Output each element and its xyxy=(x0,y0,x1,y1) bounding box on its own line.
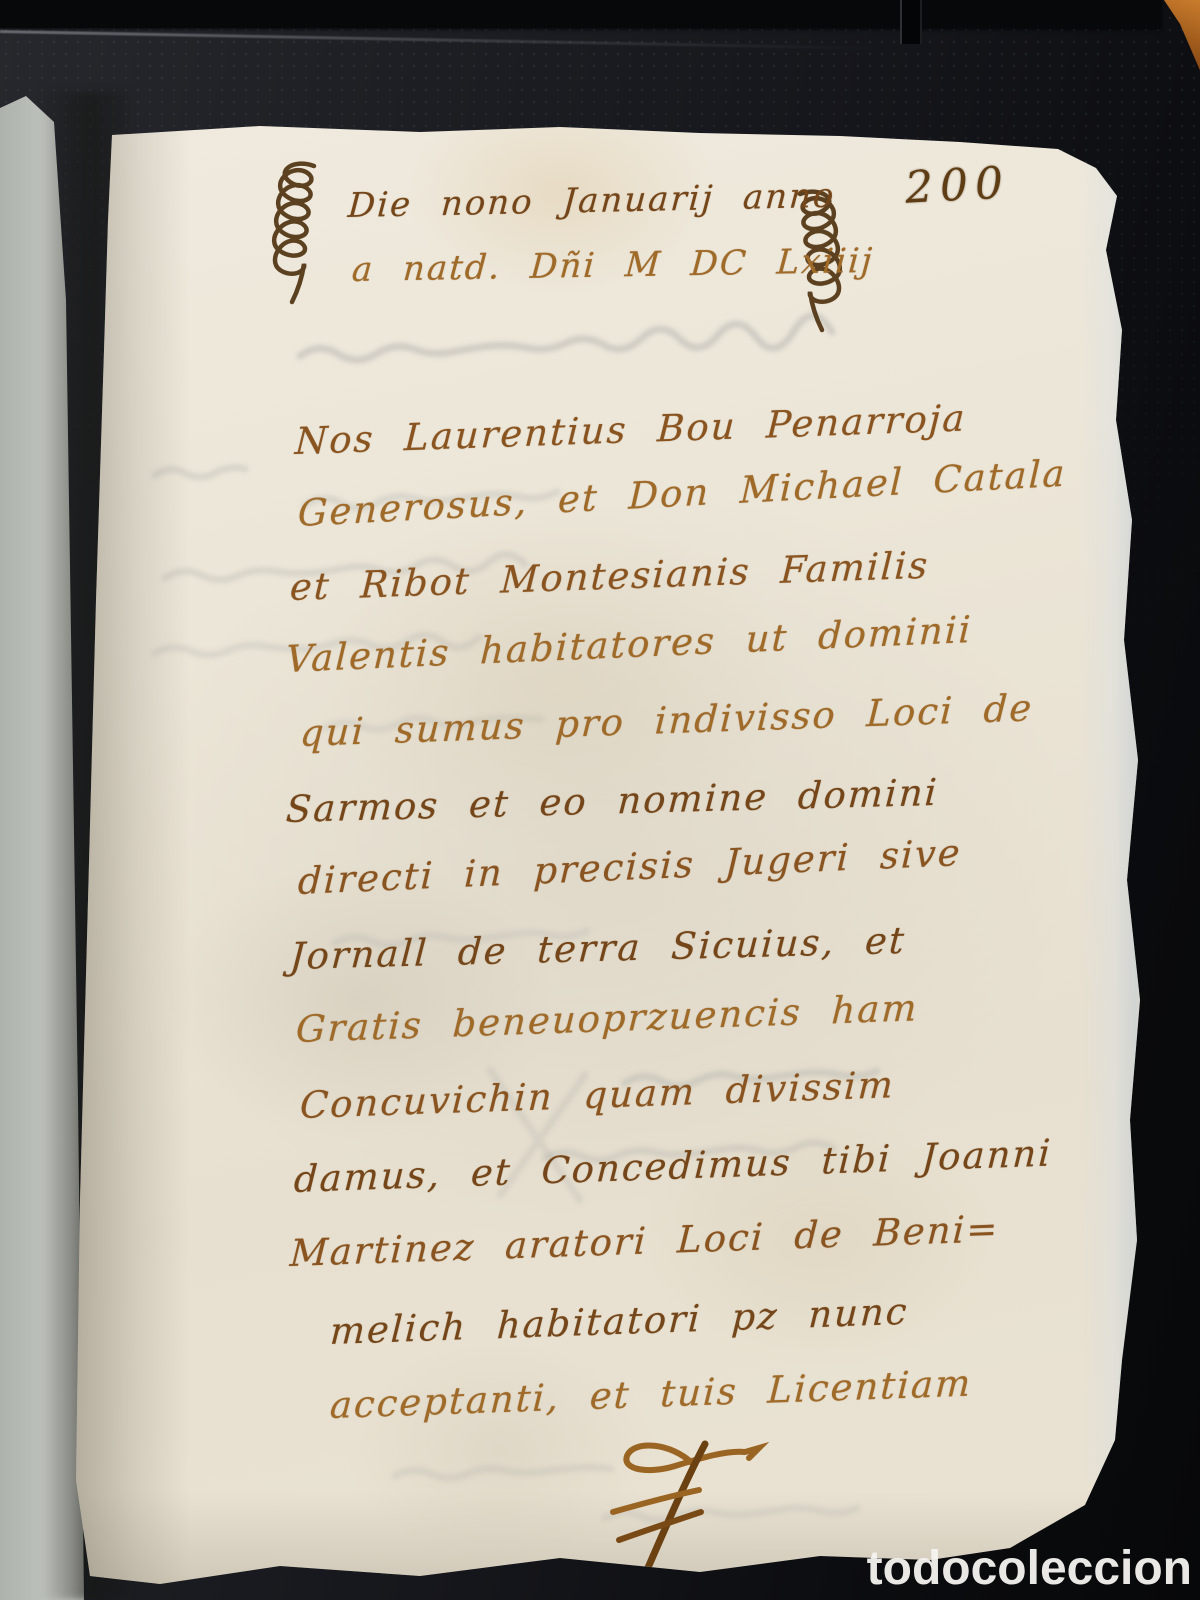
desk-edge-bar xyxy=(0,0,1162,28)
folio-number: 200 xyxy=(904,157,1012,213)
desk-edge-slit xyxy=(900,0,922,44)
watermark-todocoleccion: todocoleccion xyxy=(867,1541,1192,1596)
photo-canvas: 200 Die nono Januarij anno a natd. Dñi M… xyxy=(0,0,1200,1600)
manuscript-page: 200 Die nono Januarij anno a natd. Dñi M… xyxy=(0,0,1200,1600)
spiral-flourish-left xyxy=(268,158,332,308)
